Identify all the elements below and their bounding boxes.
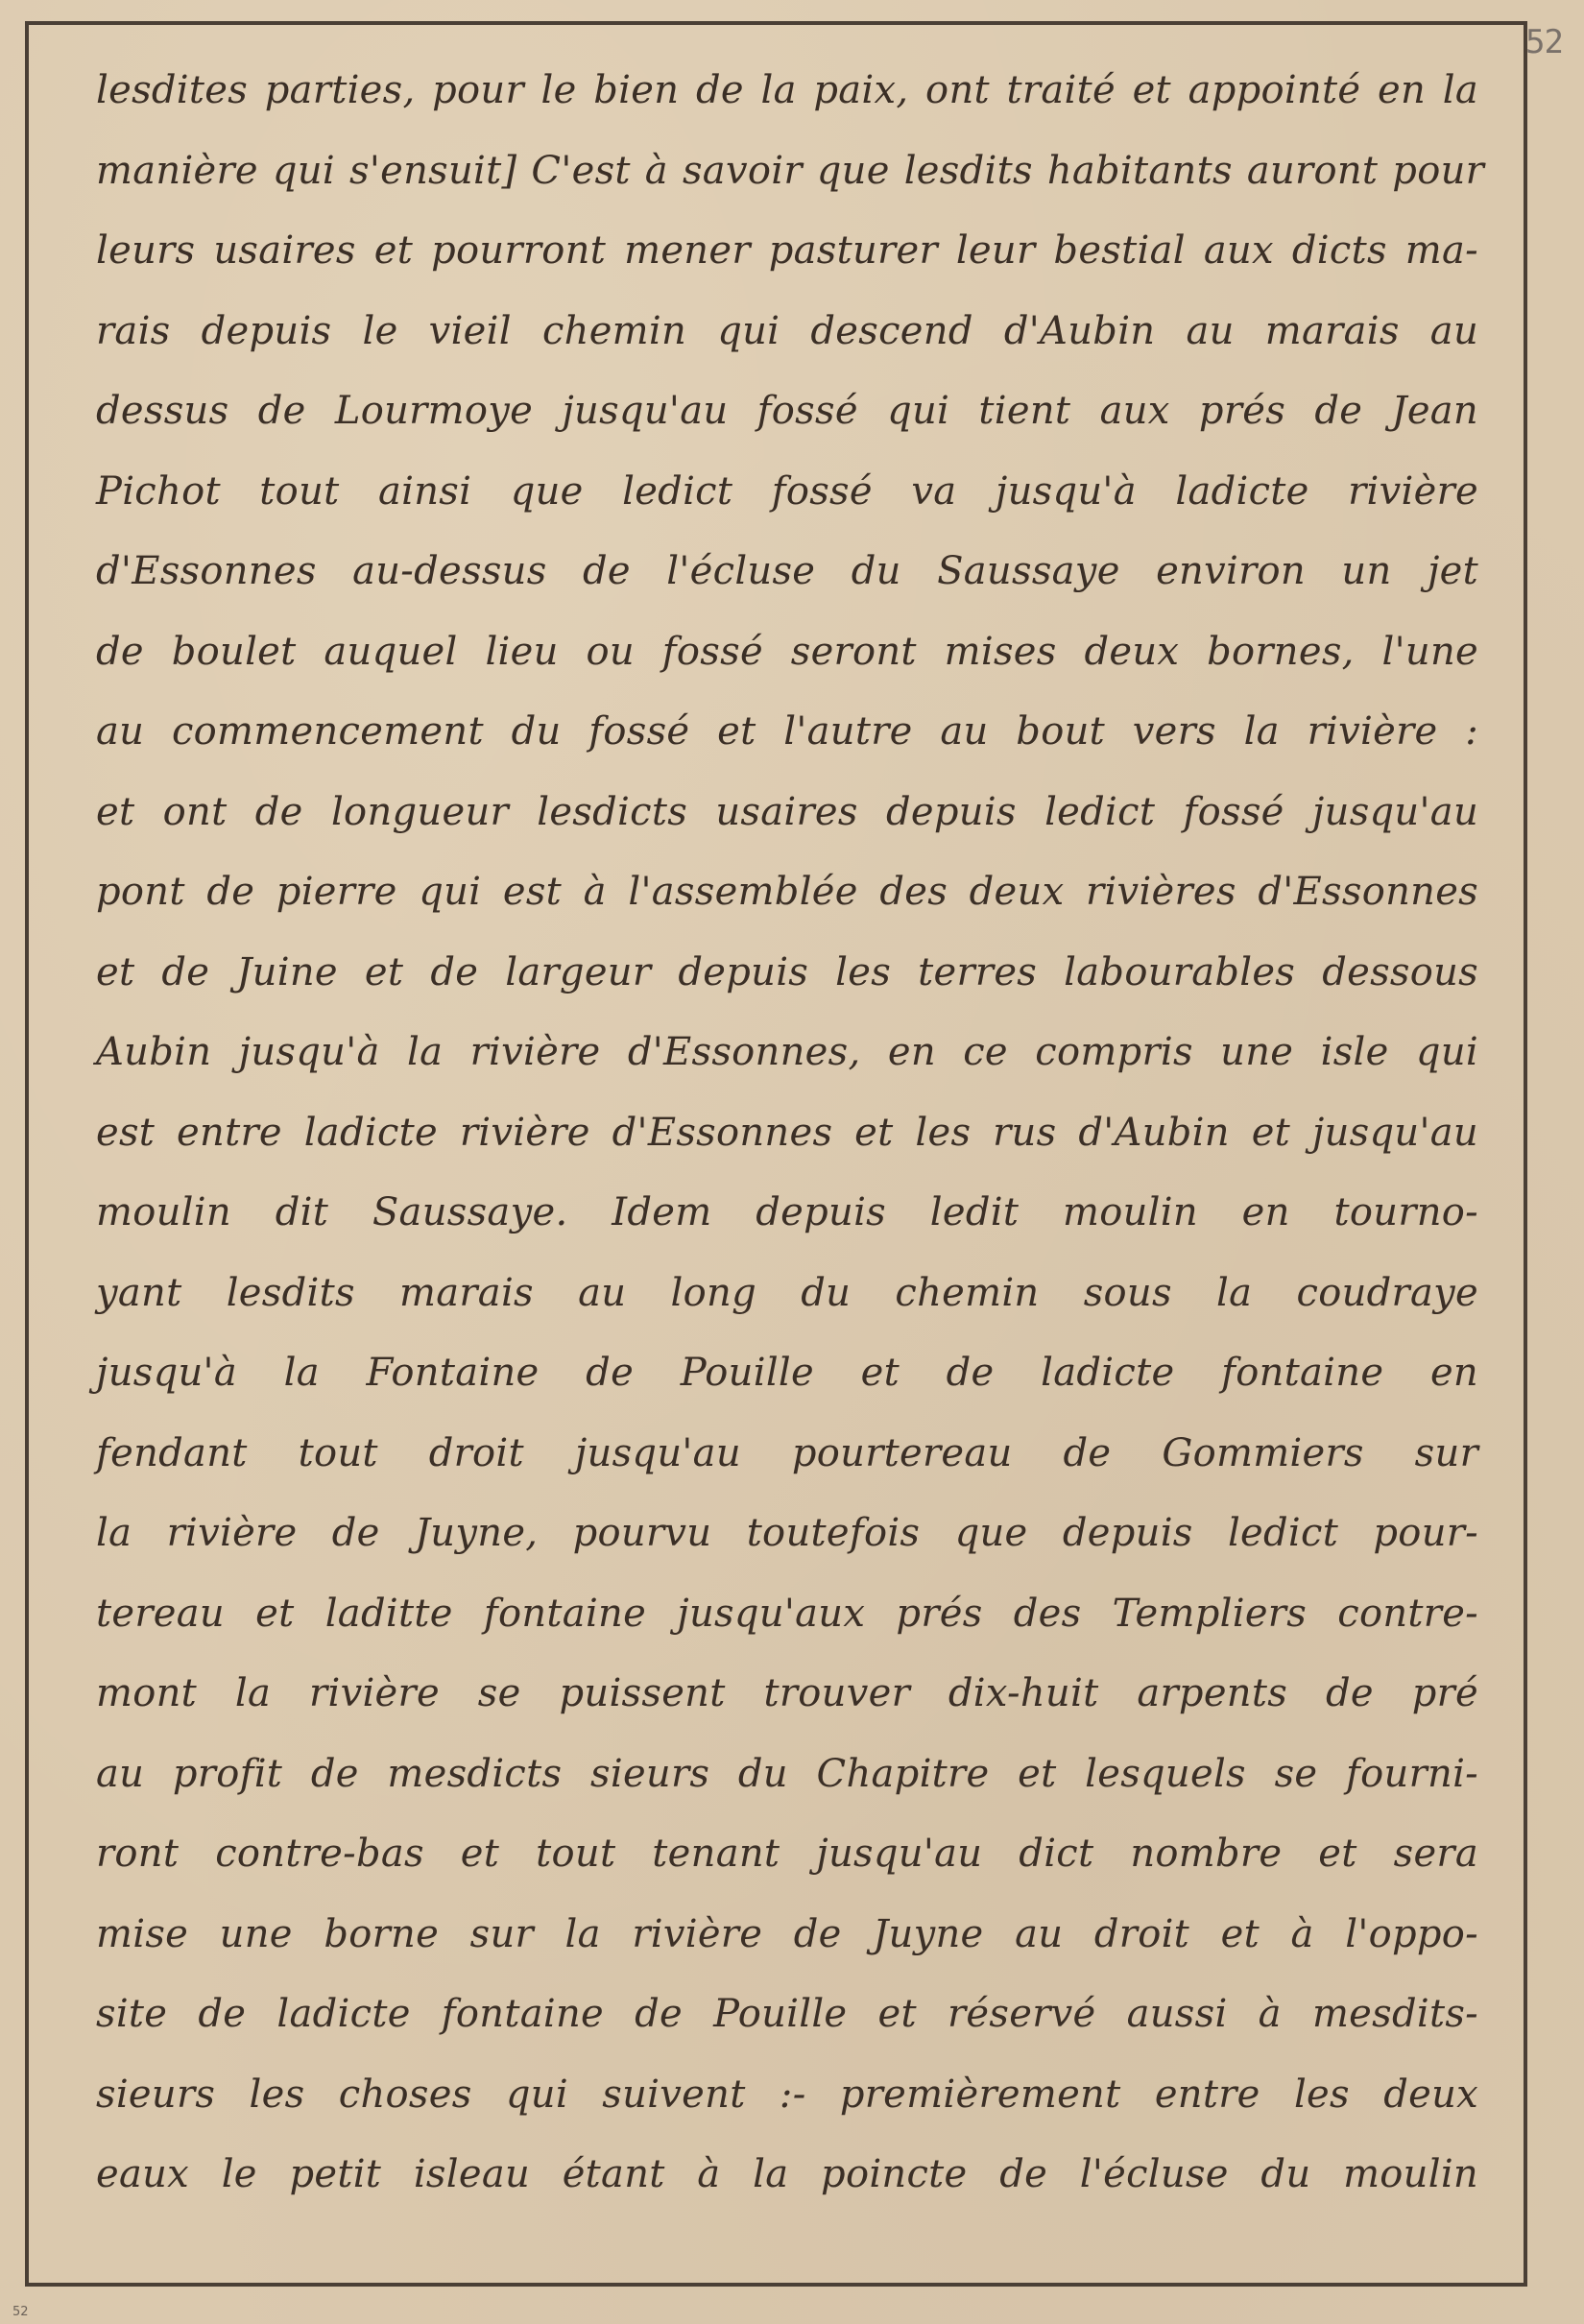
text-line: ront contre-bas et tout tenant jusqu'au … xyxy=(96,1823,1478,1904)
text-line: sieurs les choses qui suivent :- premièr… xyxy=(96,2064,1478,2144)
manuscript-text-block: lesdites parties, pour le bien de la pai… xyxy=(96,60,1478,2224)
text-line: et ont de longueur lesdicts usaires depu… xyxy=(96,781,1478,862)
text-line: au commencement du fossé et l'autre au b… xyxy=(96,701,1478,781)
text-line: fendant tout droit jusqu'au pourtereau d… xyxy=(96,1423,1478,1503)
text-line: pont de pierre qui est à l'assemblée des… xyxy=(96,861,1478,942)
text-line: manière qui s'ensuit] C'est à savoir que… xyxy=(96,140,1478,221)
text-line: jusqu'à la Fontaine de Pouille et de lad… xyxy=(96,1342,1478,1423)
text-line: lesdites parties, pour le bien de la pai… xyxy=(96,60,1478,140)
text-line: d'Essonnes au-dessus de l'écluse du Saus… xyxy=(96,540,1478,621)
text-line: rais depuis le vieil chemin qui descend … xyxy=(96,300,1478,381)
text-line: Pichot tout ainsi que ledict fossé va ju… xyxy=(96,461,1478,541)
text-line: moulin dit Saussaye. Idem depuis ledit m… xyxy=(96,1182,1478,1262)
text-line: eaux le petit isleau étant à la poincte … xyxy=(96,2144,1478,2224)
text-line: site de ladicte fontaine de Pouille et r… xyxy=(96,1983,1478,2064)
text-line: au profit de mesdicts sieurs du Chapitre… xyxy=(96,1743,1478,1824)
text-line: est entre ladicte rivière d'Essonnes et … xyxy=(96,1102,1478,1183)
text-line: dessus de Lourmoye jusqu'au fossé qui ti… xyxy=(96,380,1478,461)
text-line: yant lesdits marais au long du chemin so… xyxy=(96,1262,1478,1343)
text-line: et de Juine et de largeur depuis les ter… xyxy=(96,942,1478,1022)
page-number-bottom: 52 xyxy=(12,2305,29,2319)
text-line: de boulet auquel lieu ou fossé seront mi… xyxy=(96,621,1478,702)
text-line: Aubin jusqu'à la rivière d'Essonnes, en … xyxy=(96,1021,1478,1102)
text-line: leurs usaires et pourront mener pasturer… xyxy=(96,220,1478,300)
text-line: tereau et laditte fontaine jusqu'aux pré… xyxy=(96,1583,1478,1664)
text-line: mont la rivière se puissent trouver dix-… xyxy=(96,1663,1478,1743)
text-line: la rivière de Juyne, pourvu toutefois qu… xyxy=(96,1502,1478,1583)
text-line: mise une borne sur la rivière de Juyne a… xyxy=(96,1904,1478,1984)
page-number-top: 52 xyxy=(1525,23,1563,61)
